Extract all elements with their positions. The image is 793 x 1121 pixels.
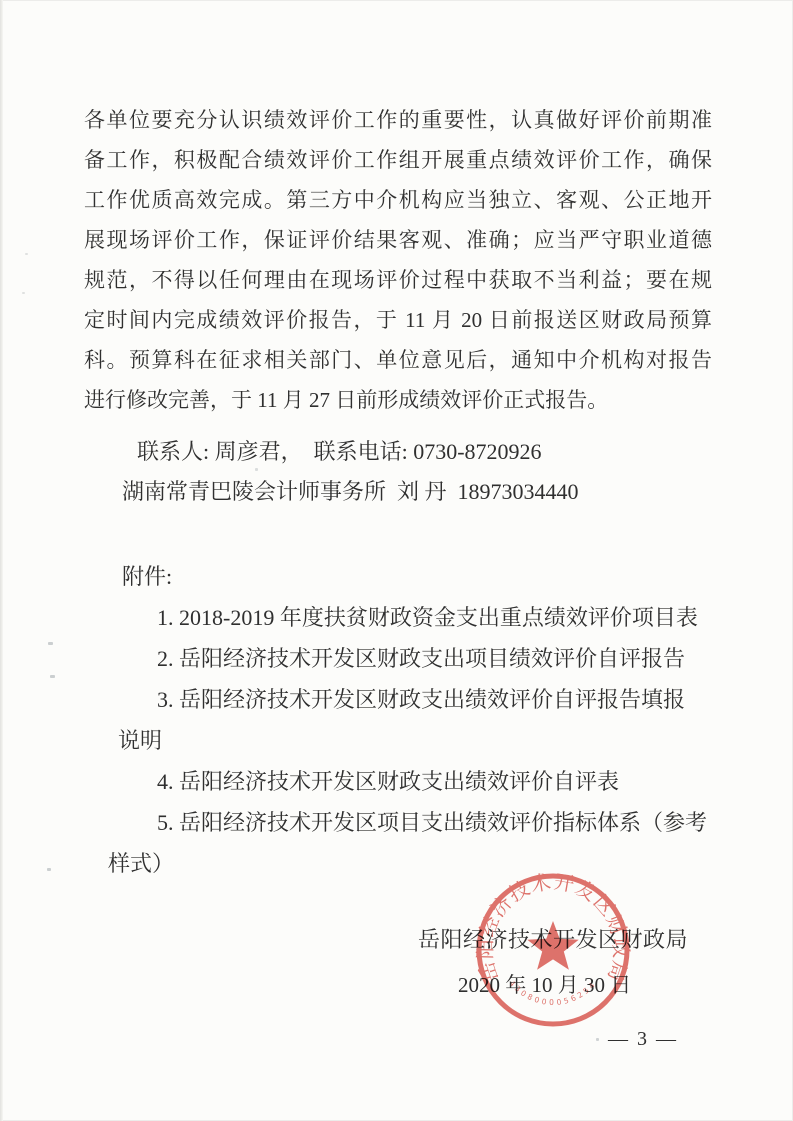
attachment-item-4: 4. 岳阳经济技术开发区财政支出绩效评价自评表 — [157, 761, 744, 802]
body-line: 各单位要充分认识绩效评价工作的重要性，认真做好评价前期准 — [84, 100, 712, 140]
scan-speck — [22, 292, 25, 294]
body-line: 备工作，积极配合绩效评价工作组开展重点绩效评价工作，确保 — [84, 140, 712, 180]
scan-speck — [25, 253, 28, 255]
contact-block: 联系人: 周彦君， 联系电话: 0730-8720926 湖南常青巴陵会计师事务… — [84, 432, 724, 512]
attachment-item-1: 1. 2018-2019 年度扶贫财政资金支出重点绩效评价项目表 — [157, 597, 744, 638]
scanned-document-page: 各单位要充分认识绩效评价工作的重要性，认真做好评价前期准 备工作，积极配合绩效评… — [0, 0, 793, 1121]
body-line: 规范，不得以任何理由在现场评价过程中获取不当利益；要在规 — [84, 260, 712, 300]
signature-organization: 岳阳经济技术开发区财政局 — [418, 926, 688, 954]
scan-speck — [255, 468, 258, 471]
contact-person-phone: 联系人: 周彦君， 联系电话: 0730-8720926 — [137, 432, 724, 472]
scan-speck — [50, 675, 55, 678]
body-line: 定时间内完成绩效评价报告，于 11 月 20 日前报送区财政局预算 — [84, 300, 712, 340]
signature-date: 2020 年 10 月 30 日 — [458, 972, 631, 998]
attachments-label: 附件: — [122, 556, 744, 597]
attachment-item-5-continuation: 样式） — [108, 843, 744, 884]
attachments-section: 附件: 1. 2018-2019 年度扶贫财政资金支出重点绩效评价项目表 2. … — [84, 556, 744, 884]
scan-speck — [596, 1038, 599, 1041]
body-line: 工作优质高效完成。第三方中介机构应当独立、客观、公正地开 — [84, 180, 712, 220]
contact-agency: 湖南常青巴陵会计师事务所 刘 丹 18973034440 — [122, 472, 724, 512]
body-line: 展现场评价工作，保证评价结果客观、准确；应当严守职业道德 — [84, 220, 712, 260]
body-paragraph: 各单位要充分认识绩效评价工作的重要性，认真做好评价前期准 备工作，积极配合绩效评… — [84, 100, 712, 420]
attachment-item-3-continuation: 说明 — [118, 720, 744, 761]
scan-speck — [48, 642, 53, 645]
scan-speck — [47, 868, 51, 871]
body-line: 进行修改完善，于 11 月 27 日前形成绩效评价正式报告。 — [84, 380, 712, 420]
scan-edge-artifact — [0, 0, 3, 1121]
page-number: — 3 — — [608, 1028, 678, 1051]
attachment-item-3: 3. 岳阳经济技术开发区财政支出绩效评价自评报告填报 — [157, 679, 744, 720]
body-line: 科。预算科在征求相关部门、单位意见后，通知中介机构对报告 — [84, 340, 712, 380]
attachment-item-2: 2. 岳阳经济技术开发区财政支出项目绩效评价自评报告 — [157, 638, 744, 679]
attachment-item-5: 5. 岳阳经济技术开发区项目支出绩效评价指标体系（参考 — [157, 802, 744, 843]
